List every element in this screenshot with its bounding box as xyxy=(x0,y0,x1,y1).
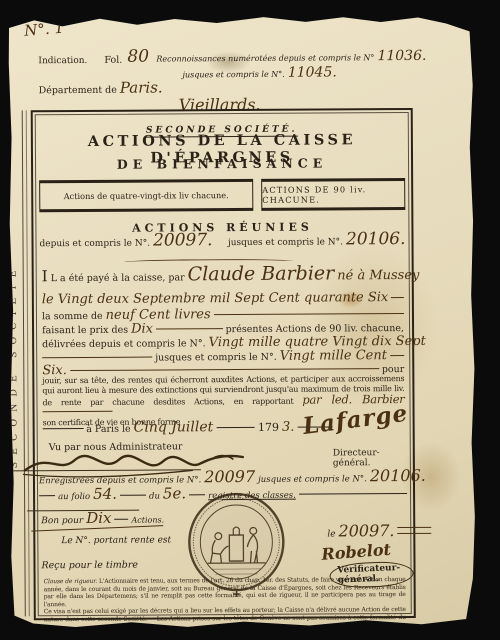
le-word-label: le xyxy=(327,529,335,539)
paris-date-value: Cinq Juillet xyxy=(134,419,214,435)
paid-initial: I xyxy=(42,271,48,281)
indication-label: Indication. xyxy=(38,56,87,66)
bon-pour-row: Bon pour Dix Actions. xyxy=(41,513,164,526)
reunies-from-value: 20097. xyxy=(153,235,213,245)
registration-mid-label: jusques et compris le N°. xyxy=(258,474,367,485)
price-label: faisant le prix des xyxy=(42,325,128,337)
denom-box-left: Actions de quatre-vingt-dix liv chacune. xyxy=(39,179,253,212)
registre-number-value: 5e. xyxy=(163,489,186,498)
recu-timbre-label: Reçu pour le timbre xyxy=(41,560,138,572)
folio-number-value: 54. xyxy=(93,490,117,499)
du-label: du xyxy=(149,492,160,502)
scan-background: { "colors": { "background": "#0b0b0c", "… xyxy=(0,0,500,640)
reunies-from-label: depuis et compris le N°. xyxy=(39,239,150,250)
actions-word-label: Actions. xyxy=(131,515,164,524)
le-numero-label: Le N°. portant rente est xyxy=(61,535,171,546)
place-date-row: à Paris le Cinq Juillet 1793. xyxy=(43,418,333,436)
denom-box-left-label: Actions de quatre-vingt-dix liv chacune. xyxy=(64,190,229,201)
double-rule-mark xyxy=(397,527,431,534)
annotation-number: N°. 1 xyxy=(24,19,65,40)
year-hand: 3. xyxy=(282,420,294,435)
recon-to-value: 11045. xyxy=(288,68,337,76)
stub-vertical-text: SECONDE SOCIÉTÉ xyxy=(7,132,24,600)
departement-line: Département de Paris. xyxy=(39,83,163,96)
payment-date-row: le Vingt deux Septembre mil Sept Cent qu… xyxy=(42,290,404,307)
le-numero-value: 20097. xyxy=(338,526,394,536)
fine-print-paragraph-2: Ce visa n'est pas celui exigé par les dé… xyxy=(44,606,406,630)
payer-birth: né à Mussey xyxy=(337,271,419,282)
payer-name: Claude Barbier xyxy=(188,268,335,279)
document-frame: SECONDE SOCIÉTÉ. ACTIONS DE LA CAISSE D'… xyxy=(31,108,416,620)
registre-label: registre des classes. xyxy=(208,491,296,502)
folio-value: 80 xyxy=(127,47,149,67)
le-numero-value-row: le 20097. xyxy=(327,526,431,540)
price-value: Dix xyxy=(131,322,153,337)
registration-to-value: 20106. xyxy=(370,471,426,480)
sum-label: la somme de xyxy=(42,311,103,322)
registration-from-value: 20097 xyxy=(204,472,255,481)
folio-label: Fol. xyxy=(104,55,122,66)
year-print: 179 xyxy=(258,421,279,434)
main-title-line2: DE BIENFAISANCE xyxy=(33,155,411,172)
recon-from-label: Reconnoissances numérotées depuis et com… xyxy=(156,53,374,63)
recon-to-label: jusques et compris le N°. xyxy=(182,70,284,80)
fine-print: Clause de rigueur. L'Actionnaire est ten… xyxy=(44,576,406,631)
departement-value: Paris. xyxy=(120,83,163,92)
fine-print-paragraph-1: L'Actionnaire est tenu, aux termes de l'… xyxy=(44,576,406,608)
denom-box-right-label: ACTIONS DE 90 liv. CHACUNE. xyxy=(262,184,404,205)
denom-box-right: ACTIONS DE 90 liv. CHACUNE. xyxy=(261,178,405,211)
recon-from-line: Reconnoissances numérotées depuis et com… xyxy=(156,52,426,64)
payment-intro-row: IL a été payé à la caisse, par Claude Ba… xyxy=(42,268,420,284)
recon-to-line: jusques et compris le N°. 11045. xyxy=(182,68,336,79)
paris-label: à Paris le xyxy=(86,424,131,435)
reunies-range-row: depuis et compris le N°. 20097. jusques … xyxy=(39,234,405,249)
payment-date-value: le Vingt deux Septembre mil Sept Cent qu… xyxy=(42,290,388,307)
bon-pour-label: Bon pour xyxy=(41,516,83,526)
departement-label: Département de xyxy=(39,85,117,96)
recon-from-value: 11036. xyxy=(377,52,426,60)
reunies-to-value: 20106. xyxy=(346,234,406,244)
paper-sheet: N°. 1 Indication. Fol. 80 Reconnoissance… xyxy=(6,12,478,631)
registration-row-2: au folio 54. du 5e. registre des classes… xyxy=(39,488,407,502)
fine-print-lead: Clause de rigueur. xyxy=(44,578,97,585)
reunies-to-label: jusques et compris le N°. xyxy=(228,237,343,248)
paid-pre-label: L a été payé à la caisse, par xyxy=(51,272,185,284)
bon-pour-rule-top xyxy=(27,510,139,512)
verifier-signature: Robelot xyxy=(321,540,392,564)
folio-word-label: au folio xyxy=(58,492,90,502)
bon-pour-value: Dix xyxy=(86,514,111,523)
